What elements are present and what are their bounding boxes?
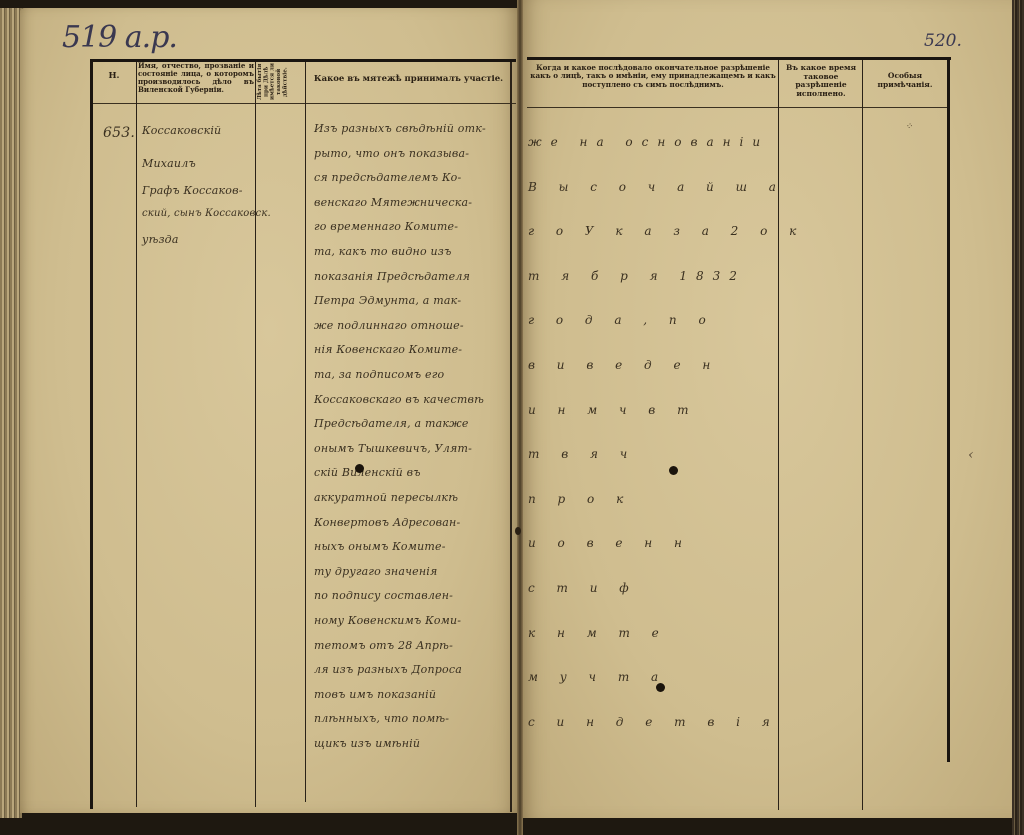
participation-line: товъ имъ показаній bbox=[314, 688, 436, 701]
entry-name-line: Коссаковскій bbox=[142, 124, 221, 137]
entry-name-line: уѣзда bbox=[142, 233, 179, 246]
resolution-line: в и в е д е н bbox=[528, 358, 719, 372]
resolution-line: м у ч т а bbox=[528, 670, 667, 684]
ink-spot bbox=[656, 683, 665, 692]
top-rule-right bbox=[527, 57, 951, 60]
participation-line: щикъ изъ имѣній bbox=[314, 737, 420, 750]
participation-line: скій Виленскій въ bbox=[314, 466, 421, 479]
col-rule-6 bbox=[862, 60, 863, 810]
entry-name-line: Михаилъ bbox=[142, 157, 196, 170]
header-no: Н. bbox=[92, 72, 136, 82]
participation-line: Коссаковскаго въ качествѣ bbox=[314, 393, 484, 406]
participation-line: Петра Эдмунта, а так- bbox=[314, 294, 461, 307]
resolution-line: к н м т е bbox=[528, 626, 668, 640]
participation-line: Конвертовъ Адресован- bbox=[314, 516, 460, 529]
resolution-line: т я б р я 1832 bbox=[528, 269, 746, 283]
folio-number-right: 520. bbox=[924, 31, 962, 51]
resolution-line: же на основаніи bbox=[528, 135, 769, 149]
resolution-line: и н м ч в т bbox=[528, 403, 697, 417]
resolution-line: т в я ч bbox=[528, 447, 636, 461]
participation-line: аккуратной пересылкѣ bbox=[314, 491, 458, 504]
right-border-rule bbox=[947, 57, 950, 762]
resolution-line: п р о к bbox=[528, 492, 632, 506]
header-name: Имя, отчество, прозваніе и состояніе лиц… bbox=[138, 62, 254, 94]
ink-spot bbox=[669, 466, 678, 475]
resolution-line: г о У к а з а 2 о к bbox=[528, 224, 805, 238]
entry-name-line: Графъ Коссаков- bbox=[142, 184, 243, 197]
resolution-line: с т и ф bbox=[528, 581, 638, 595]
participation-line: показанія Предсѣдателя bbox=[314, 270, 470, 283]
col-rule-5 bbox=[778, 60, 779, 810]
resolution-line: и о в е н н bbox=[528, 536, 691, 550]
col-rule-1 bbox=[136, 62, 137, 807]
folio-number-left: 519 a.p. bbox=[62, 20, 177, 55]
participation-line: та, за подписомъ его bbox=[314, 368, 444, 381]
header-executed: Въ какое время таковое разрѣшеніе исполн… bbox=[780, 64, 862, 99]
participation-line: ля изъ разныхъ Допроса bbox=[314, 663, 462, 676]
header-rule-left bbox=[92, 103, 516, 104]
entry-name-line: ский, сынъ Коссаковск. bbox=[142, 208, 271, 219]
col-rule-4 bbox=[510, 62, 512, 812]
participation-line: го временнаго Комите- bbox=[314, 220, 458, 233]
participation-line: тетомъ отъ 28 Апрѣ- bbox=[314, 639, 453, 652]
remarks-mark: ⁘ bbox=[905, 122, 913, 132]
participation-line: нія Ковенскаго Комите- bbox=[314, 343, 462, 356]
participation-line: Изъ разныхъ свѣдѣній отк- bbox=[314, 122, 486, 135]
participation-line: ся предсѣдателемъ Ко- bbox=[314, 171, 461, 184]
header-rule-right bbox=[527, 107, 947, 108]
header-remarks: Особыя примѣчанія. bbox=[864, 72, 946, 89]
header-participation: Какое въ мятежѣ принималъ участіе. bbox=[307, 75, 510, 85]
participation-line: рыто, что онъ показыва- bbox=[314, 147, 469, 160]
participation-line: ту другаго значенія bbox=[314, 565, 438, 578]
resolution-line: г о д а , п о bbox=[528, 313, 715, 327]
header-resolution: Когда и какое послѣдовало окончательное … bbox=[529, 64, 777, 89]
left-border-rule bbox=[90, 59, 93, 809]
ink-spot bbox=[515, 527, 521, 535]
participation-line: же подлиннаго отноше- bbox=[314, 319, 464, 332]
participation-line: Предсѣдателя, а также bbox=[314, 417, 469, 430]
ink-spot bbox=[355, 464, 364, 473]
resolution-line: с и н д е т в і я bbox=[528, 715, 779, 729]
participation-line: венскаго Мятежническа- bbox=[314, 196, 472, 209]
participation-line: ному Ковенскимъ Коми- bbox=[314, 614, 461, 627]
resolution-line: В ы с о ч а й ш а bbox=[528, 180, 785, 194]
col-rule-2 bbox=[255, 62, 256, 807]
participation-line: онымъ Тышкевичъ, Улят- bbox=[314, 442, 472, 455]
page-edges-left bbox=[0, 8, 22, 818]
margin-mark: ‹ bbox=[968, 447, 974, 463]
participation-line: ныхъ онымъ Комите- bbox=[314, 540, 446, 553]
participation-line: плѣнныхъ, что помѣ- bbox=[314, 712, 449, 725]
book-spread: 519 a.p. 520. Н. Имя, отчество, прозвані… bbox=[0, 0, 1024, 835]
page-edges-right bbox=[1012, 0, 1024, 835]
entry-number: 653. bbox=[103, 125, 135, 141]
book-gutter bbox=[517, 0, 523, 835]
header-age: Лѣта бытія при Дѣлѣ имѣется ли таковой д… bbox=[257, 62, 303, 102]
participation-line: та, какъ то видно изъ bbox=[314, 245, 452, 258]
col-rule-3 bbox=[305, 62, 306, 802]
participation-line: по подпису составлен- bbox=[314, 589, 453, 602]
